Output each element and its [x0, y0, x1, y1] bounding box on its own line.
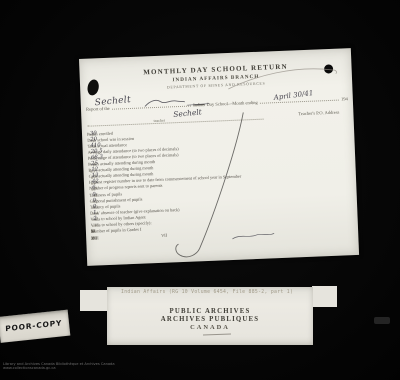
- stamp-line-2: ARCHIVES PUBLIQUES: [107, 316, 313, 324]
- microfilm-credit: Library and Archives Canada Bibliothèque…: [3, 362, 115, 371]
- credit-line-2: www.collectionscanada.gc.ca: [3, 366, 115, 370]
- day-school-return-form: MONTHLY DAY SCHOOL RETURN INDIAN AFFAIRS…: [79, 48, 359, 266]
- paper-strip-tab-left: [80, 290, 108, 311]
- film-smudge: [374, 317, 390, 324]
- handwritten-scrawl-stroke: [145, 99, 185, 106]
- ink-blot: [86, 79, 100, 97]
- citation-text: Indian Affairs (RG 10 Volume 6454, File …: [121, 290, 311, 295]
- pencil-flourish-stroke: [228, 68, 337, 89]
- pen-marks-overlay: [79, 48, 359, 266]
- pen-slash-stroke: [170, 112, 249, 257]
- paper-strip-tab-right: [312, 286, 337, 307]
- strike-through-stroke: [187, 104, 209, 106]
- stamp-line-3: CANADA: [107, 324, 313, 332]
- public-archives-stamp: PUBLIC ARCHIVES ARCHIVES PUBLIQUES CANAD…: [107, 308, 313, 332]
- poor-copy-slip: POOR-COPY: [0, 310, 70, 343]
- microfilm-frame: MONTHLY DAY SCHOOL RETURN INDIAN AFFAIRS…: [0, 0, 400, 380]
- grades-scrawl-stroke: [232, 233, 274, 239]
- stamp-line-1: PUBLIC ARCHIVES: [107, 308, 313, 316]
- poor-copy-label: POOR-COPY: [5, 318, 62, 333]
